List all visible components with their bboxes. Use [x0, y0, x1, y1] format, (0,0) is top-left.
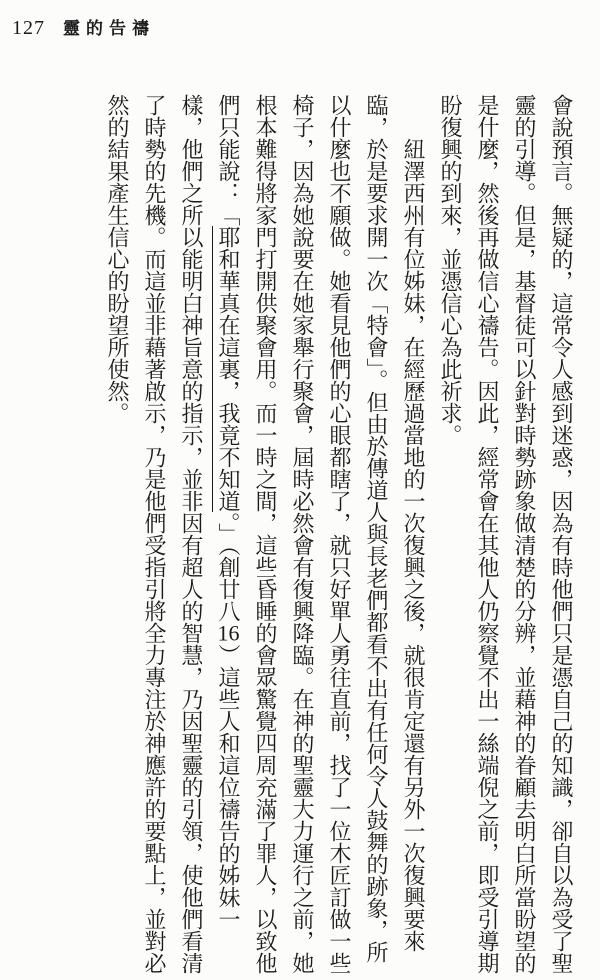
- text-column: 樣，他們之所以能明白神旨意的指示，並非因有超人的智慧，乃因聖靈的引領，使他們看清: [176, 94, 206, 978]
- text-column: 盼復興的到來，並憑信心為此祈求。: [435, 94, 465, 978]
- text-column: 紐澤西州有位姊妹，在經歷過當地的一次復興之後，就很肯定還有另外一次復興要來: [398, 94, 428, 978]
- text-segment: 以什麼也不願做。她看見他們的心眼都瞎了，就只好單人勇往直前，找了一位木匠訂做一些: [327, 94, 352, 974]
- text-column: 是什麼，然後再做信心禱告。因此，經常會在其他人仍察覺不出一絲端倪之前，即受引導期: [472, 94, 502, 978]
- text-segment: 靈的引導。但是，基督徒可以針對時勢跡象做清楚的分辨，並藉神的眷顧去明白所當盼望的: [512, 94, 537, 974]
- text-column: 以什麼也不願做。她看見他們的心眼都瞎了，就只好單人勇往直前，找了一位木匠訂做一些: [324, 94, 354, 978]
- running-title: 靈的告禱: [63, 14, 155, 39]
- text-segment: 臨，於是要求開一次「特會」。但由於傳道人與長老們都看不出有任何令人鼓舞的跡象，所: [364, 94, 389, 963]
- page-number: 127: [12, 17, 45, 40]
- text-segment: 樣，他們之所以能明白神旨意的指示，並非因有超人的智慧，乃因聖靈的引領，使他們看清: [179, 94, 204, 974]
- book-page: 127 靈的告禱 會說預言。無疑的，這常令人感到迷惑，因為有時他們只是憑自己的知…: [0, 0, 600, 980]
- text-column: 椅子，因為她說要在她家舉行聚會，屆時必然會有復興降臨。在神的聖靈大力運行之前，她: [287, 94, 317, 978]
- text-block: 會說預言。無疑的，這常令人感到迷惑，因為有時他們只是憑自己的知識，卻自以為受了聖…: [95, 94, 576, 978]
- text-segment: 們只能說：「: [216, 94, 241, 226]
- page-header: 127 靈的告禱: [12, 14, 155, 40]
- text-column: 會說預言。無疑的，這常令人感到迷惑，因為有時他們只是憑自己的知識，卻自以為受了聖: [546, 94, 576, 978]
- text-segment: 紐澤西州有位姊妹，在經歷過當地的一次復興之後，就很肯定還有另外一次復興要來: [401, 138, 426, 952]
- text-segment: 椅子，因為她說要在她家舉行聚會，屆時必然會有復興降臨。在神的聖靈大力運行之前，她: [290, 94, 315, 974]
- text-segment: 會說預言。無疑的，這常令人感到迷惑，因為有時他們只是憑自己的知識，卻自以為受了聖: [549, 94, 574, 974]
- text-segment: 盼復興的到來，並憑信心為此祈求。: [438, 94, 463, 446]
- text-segment: 了時勢的先機。而這並非藉著啟示，乃是他們受指引將全力專注於神應許的要點上，並對必: [142, 94, 167, 974]
- text-segment: 根本難得將家門打開供聚會用。而一時之間，這些昏睡的會眾驚覺四周充滿了罪人，以致他: [253, 94, 278, 974]
- text-column: 靈的引導。但是，基督徒可以針對時勢跡象做清楚的分辨，並藉神的眷顧去明白所當盼望的: [509, 94, 539, 978]
- emphasized-scripture-quote: 耶和華真在這裏，我竟不知道: [216, 226, 241, 512]
- text-column: 臨，於是要求開一次「特會」。但由於傳道人與長老們都看不出有任何令人鼓舞的跡象，所: [361, 94, 391, 978]
- text-column: 根本難得將家門打開供聚會用。而一時之間，這些昏睡的會眾驚覺四周充滿了罪人，以致他: [250, 94, 280, 978]
- text-segment: 是什麼，然後再做信心禱告。因此，經常會在其他人仍察覺不出一絲端倪之前，即受引導期: [475, 94, 500, 974]
- text-column: 了時勢的先機。而這並非藉著啟示，乃是他們受指引將全力專注於神應許的要點上，並對必: [139, 94, 169, 978]
- text-column: 然的結果產生信心的盼望所使然。: [102, 94, 132, 978]
- text-segment: ）這些人和這位禱告的姊妹一: [216, 644, 241, 930]
- text-segment: 然的結果產生信心的盼望所使然。: [105, 94, 130, 424]
- verse-number: 16: [216, 622, 241, 644]
- text-segment: 。」（創廿八: [216, 512, 241, 622]
- text-column: 們只能說：「耶和華真在這裏，我竟不知道。」（創廿八16）這些人和這位禱告的姊妹一: [213, 94, 243, 978]
